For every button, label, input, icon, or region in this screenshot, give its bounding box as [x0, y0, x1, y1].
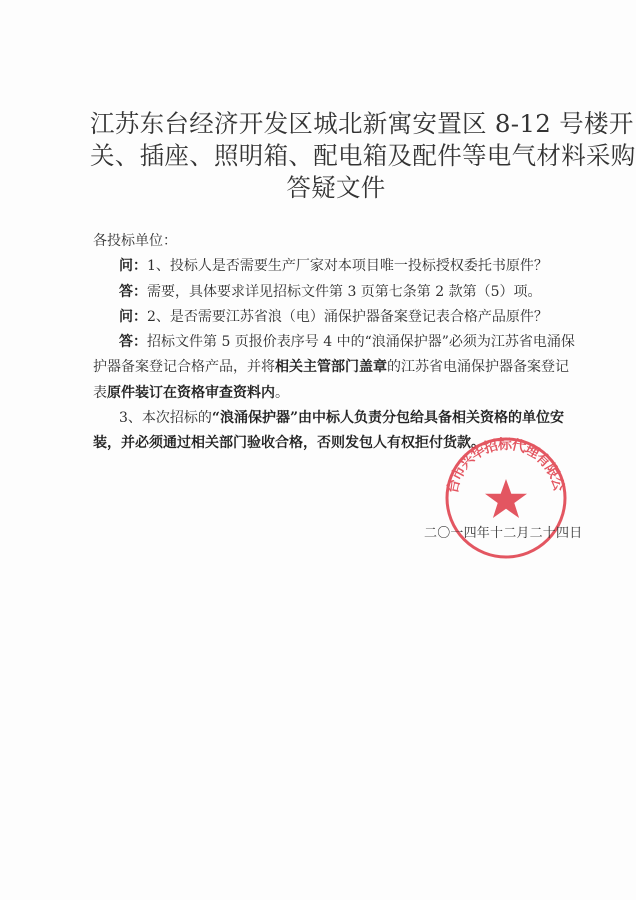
document-title: 江苏东台经济开发区城北新寓安置区 8-12 号楼开 关、插座、照明箱、配电箱及配…	[90, 108, 582, 204]
salutation: 各投标单位：	[93, 229, 579, 254]
question-1: 问：1、投标人是否需要生产厂家对本项目唯一投标授权委托书原件？	[93, 254, 579, 279]
official-seal-icon: 东台市兴华招标代理有限公司	[441, 433, 571, 563]
document-body: 各投标单位： 问：1、投标人是否需要生产厂家对本项目唯一投标授权委托书原件？ 答…	[93, 229, 579, 457]
answer-2: 答：招标文件第 5 页报价表序号 4 中的“浪涌保护器”必须为江苏省电涌保护器备…	[93, 330, 579, 406]
answer-emphasis-1: 相关主管部门盖章	[275, 359, 387, 375]
answer-label: 答：	[119, 284, 147, 300]
answer-emphasis-2: 原件装订在资格审查资料内	[107, 385, 275, 401]
question-text: 2、是否需要江苏省浪（电）涌保护器备案登记表合格产品原件？	[147, 309, 548, 325]
question-text: 1、投标人是否需要生产厂家对本项目唯一投标授权委托书原件？	[147, 258, 548, 274]
item-3-term: “浪涌保护器”	[212, 410, 298, 426]
question-label: 问：	[119, 309, 147, 325]
answer-1: 答：需要，具体要求详见招标文件第 3 页第七条第 2 款第（5）项。	[93, 280, 579, 305]
answer-text-part3: 。	[275, 385, 289, 401]
question-label: 问：	[119, 258, 147, 274]
title-line-2: 关、插座、照明箱、配电箱及配件等电气材料采购	[90, 140, 582, 172]
answer-label: 答：	[119, 334, 147, 350]
question-2: 问：2、是否需要江苏省浪（电）涌保护器备案登记表合格产品原件？	[93, 305, 579, 330]
title-line-3: 答疑文件	[90, 172, 582, 204]
item-3-prefix: 3、本次招标的	[119, 410, 212, 426]
answer-text: 需要，具体要求详见招标文件第 3 页第七条第 2 款第（5）项。	[147, 284, 542, 300]
document-date: 二〇一四年十二月二十四日	[424, 522, 582, 541]
title-line-1: 江苏东台经济开发区城北新寓安置区 8-12 号楼开	[90, 108, 582, 140]
